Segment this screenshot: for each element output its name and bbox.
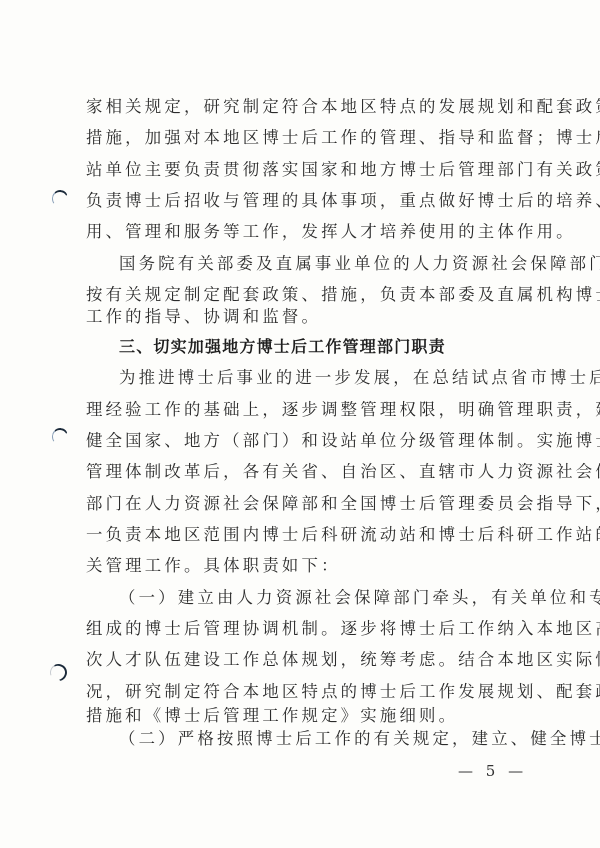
body-text-line: （一）建立由人力资源社会保障部门牵头，有关单位和专家 bbox=[119, 588, 526, 608]
body-text-line: 措施，加强对本地区博士后工作的管理、指导和监督；博士后设 bbox=[86, 128, 526, 148]
body-text-line: 组成的博士后管理协调机制。逐步将博士后工作纳入本地区高层 bbox=[86, 619, 526, 639]
body-text-line: 措施和《博士后管理工作规定》实施细则。 bbox=[86, 706, 526, 726]
body-text-line: 部门在人力资源社会保障部和全国博士后管理委员会指导下，统 bbox=[86, 494, 526, 514]
page-number: — 5 — bbox=[458, 762, 527, 780]
body-text-line: 为推进博士后事业的进一步发展，在总结试点省市博士后管 bbox=[119, 368, 526, 388]
body-text-line: 管理体制改革后，各有关省、自治区、直辖市人力资源社会保障 bbox=[86, 462, 526, 482]
punch-hole-mark bbox=[51, 427, 70, 447]
body-text-line: 次人才队伍建设工作总体规划，统筹考虑。结合本地区实际情 bbox=[86, 650, 526, 670]
body-text-line: 况，研究制定符合本地区特点的博士后工作发展规划、配套政策 bbox=[86, 682, 526, 702]
punch-hole-mark bbox=[47, 661, 70, 684]
body-text-line: 家相关规定，研究制定符合本地区特点的发展规划和配套政策、 bbox=[86, 97, 526, 117]
body-text-line: （二）严格按照博士后工作的有关规定，建立、健全博士后 bbox=[119, 729, 526, 749]
body-text-line: 关管理工作。具体职责如下： bbox=[86, 556, 526, 576]
document-page: 家相关规定，研究制定符合本地区特点的发展规划和配套政策、 措施，加强对本地区博士… bbox=[0, 0, 600, 848]
body-text-line: 用、管理和服务等工作，发挥人才培养使用的主体作用。 bbox=[86, 222, 526, 242]
body-text-line: 国务院有关部委及直属事业单位的人力资源社会保障部门可 bbox=[119, 254, 526, 274]
section-heading: 三、切实加强地方博士后工作管理部门职责 bbox=[119, 337, 446, 357]
body-text-line: 站单位主要负责贯彻落实国家和地方博士后管理部门有关政策， bbox=[86, 160, 526, 180]
punch-hole-mark bbox=[51, 189, 70, 209]
body-text-line: 健全国家、地方（部门）和设站单位分级管理体制。实施博士后 bbox=[86, 431, 526, 451]
body-text-line: 工作的指导、协调和监督。 bbox=[86, 307, 526, 327]
body-text-line: 负责博士后招收与管理的具体事项，重点做好博士后的培养、使 bbox=[86, 191, 526, 211]
body-text-line: 一负责本地区范围内博士后科研流动站和博士后科研工作站的有 bbox=[86, 525, 526, 545]
body-text-line: 理经验工作的基础上，逐步调整管理权限，明确管理职责，建立 bbox=[86, 400, 526, 420]
body-text-line: 按有关规定制定配套政策、措施，负责本部委及直属机构博士后 bbox=[86, 285, 526, 305]
